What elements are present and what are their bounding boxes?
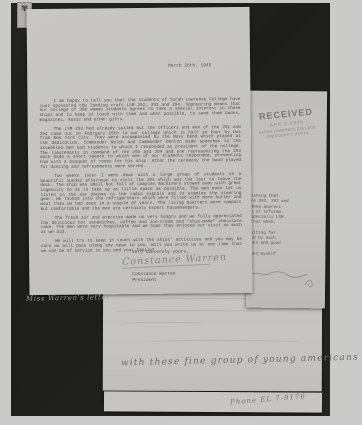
phone-note-strip: Phone EL 7-9176 bbox=[104, 391, 322, 412]
letter-page: March 26th, 1945 I am happy to tell you … bbox=[27, 7, 253, 295]
fragment-line: ves and good bbox=[250, 242, 322, 248]
faint-pencil-line bbox=[143, 340, 303, 346]
letter-paragraph: The LSM 293 had already sailed but the o… bbox=[40, 126, 241, 170]
handwriting-ink-line: with these fine group of young americans bbox=[121, 354, 319, 369]
fragment-line: and myself bbox=[250, 252, 322, 258]
letter-paragraph: The fresh air and exercise made us very … bbox=[41, 215, 242, 236]
signed-title: President bbox=[132, 278, 156, 283]
faint-pencil-line bbox=[115, 310, 265, 316]
faint-pencil-line bbox=[117, 322, 207, 327]
signature-handwritten: Constance Warren bbox=[122, 253, 210, 269]
fragment-line: that when, bbox=[251, 221, 323, 227]
typed-text-fragments: ishing that he 292, 293 and deep appreci… bbox=[250, 195, 323, 259]
scanned-photo-background: ✾ RECEIVED APR 2 1945 SARAH LAWRENCE COL… bbox=[0, 0, 362, 425]
signed-name: Constance Warren bbox=[132, 272, 175, 277]
letter-paragraph: I am happy to tell you that the students… bbox=[39, 98, 240, 124]
letter-paragraph: Two weeks later I went down with a large… bbox=[40, 173, 241, 213]
received-stamp: RECEIVED APR 2 1945 SARAH LAWRENCE COLLE… bbox=[251, 106, 323, 140]
second-letter-page: RECEIVED APR 2 1945 SARAH LAWRENCE COLLE… bbox=[246, 91, 327, 309]
letter-body: I am happy to tell you that the students… bbox=[39, 98, 242, 259]
phone-handwriting: Phone EL 7-9176 bbox=[230, 392, 306, 406]
handwritten-scrawl bbox=[249, 267, 319, 295]
letter-date: March 26th, 1945 bbox=[168, 63, 211, 68]
